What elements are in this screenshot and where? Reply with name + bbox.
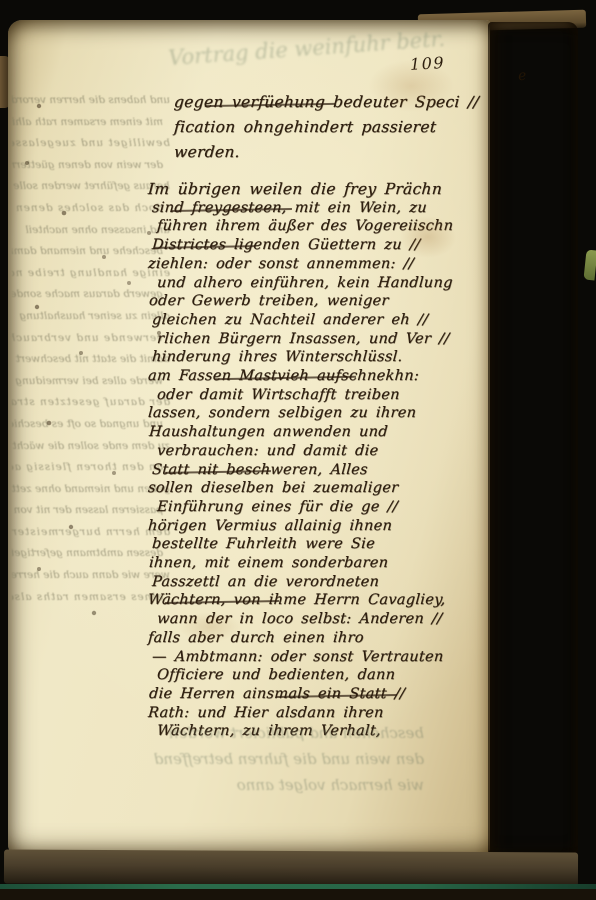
paper-stain — [178, 612, 242, 642]
text-line: hinderung ihres Winterschlüssl. — [151, 348, 484, 367]
text-line: Statt nit beschweren, Alles — [151, 461, 484, 480]
text-line: gleichen zu Nachteil anderer eh // — [151, 311, 484, 330]
text-line: — Ambtmann: oder sonst Vertrauten — [151, 648, 484, 667]
text-line: werden. — [173, 140, 485, 165]
table-surface — [0, 889, 596, 900]
text-line: rlichen Bürgern Insassen, und Ver // — [156, 330, 484, 349]
text-line: die Herren ainsmals ein Statt // — [148, 685, 484, 704]
showthrough-bottom: beschehen und publiciert wordenden wein … — [74, 720, 424, 798]
text-line: und alhero einführen, kein Handlung — [156, 274, 484, 293]
showthrough-line: passieren lassen der nit von — [12, 500, 163, 522]
text-line: bestellte Fuhrleith were Sie — [151, 535, 484, 554]
showthrough-line: were wie dann auch die herren — [12, 565, 170, 587]
showthrough-line: gewerb daraus mache sondern — [12, 284, 163, 306]
showthrough-line: der wein von denen güettern — [12, 155, 163, 177]
showthrough-line: wie hernach volget anno — [74, 772, 424, 798]
book-fore-edge: e — [488, 22, 578, 860]
ink-specks — [8, 20, 10, 22]
text-line: oder Gewerb treiben, weniger — [148, 292, 484, 311]
text-line: Passzettl an die verordneten — [151, 573, 484, 592]
showthrough-line: damit die statt nit beschwert — [12, 349, 170, 371]
text-line: am Fassen Mastvieh aufschnekhn: — [147, 367, 484, 386]
text-line: ihnen, mit einem sonderbaren — [148, 554, 484, 573]
showthrough-line: beschehen und publiciert worden — [74, 720, 424, 746]
showthrough-line: allein zu seiner haushaltung — [12, 306, 170, 328]
text-line: Im übrigen weilen die frey Prächn — [147, 180, 484, 199]
showthrough-line: dem herrn burgermeister oder — [12, 522, 170, 544]
manuscript-page: Vortrag die weinfuhr betr. 109 und haben… — [8, 20, 490, 854]
manuscript-photo: Vortrag die weinfuhr betr. 109 und haben… — [0, 0, 596, 900]
showthrough-line: geben und niemand ohne zettl — [12, 479, 170, 501]
showthrough-line: werde alles bei vermeidung — [12, 371, 163, 393]
text-line: sind freygesteen, mit ein Wein, zu — [151, 199, 484, 218]
text-block: gegen verfüehung bedeuter Speci //ficati… — [148, 90, 484, 741]
showthrough-line: und habens die herren verordneten — [12, 90, 170, 112]
text-line: Wächtern, von ihme Herrn Cavagliey, — [147, 591, 484, 610]
text-line: sollen dieselben bei zuemaliger — [147, 479, 484, 498]
fore-edge-mark: e — [517, 68, 527, 85]
showthrough-line: an den thoren fleissig acht — [12, 457, 163, 479]
paper-stain — [400, 216, 456, 258]
showthrough-line: den wein und die fuhren betreffend — [74, 746, 424, 772]
text-line: lassen, sondern selbigen zu ihren — [147, 404, 484, 423]
showthrough-line: dessen ambtmann gefertiget — [12, 543, 163, 565]
showthrough-line: bewilliget und zuegelassen das — [12, 133, 170, 155]
showthrough-line: zu dem ende sollen die wächter — [12, 436, 170, 458]
text-line: Einführung eines für die ge // — [156, 498, 484, 517]
text-line: fication ohngehindert passieret — [173, 115, 485, 140]
showthrough-line: heraus geführet werden solle — [12, 176, 170, 198]
text-line: ziehlen: oder sonst annemmen: // — [147, 255, 484, 274]
showthrough-line: doch das solches denen bürgern — [12, 198, 163, 220]
showthrough-text-column: und habens die herren verordnetenmit ein… — [12, 90, 170, 620]
text-line: hörigen Vermius allainig ihnen — [147, 517, 484, 536]
text-line: oder damit Wirtschafft treiben — [156, 386, 484, 405]
showthrough-line: und ungnad so oft es beschicht — [12, 414, 163, 436]
book-bottom-edge — [4, 849, 578, 886]
paper-stain — [368, 60, 454, 112]
showthrough-line: der darauf gesetzten straff — [12, 392, 170, 414]
showthrough-line: mit einem ersamen rath alhie — [12, 112, 163, 134]
paragraph-2: Im übrigen weilen die frey Prächnsind fr… — [148, 180, 484, 741]
showthrough-line: und insassen ohne nachteil — [12, 220, 170, 242]
text-line: Officiere und bedienten, dann — [156, 666, 484, 685]
text-line: Haushaltungen anwenden und — [148, 423, 484, 442]
bookmark-ribbon — [583, 250, 596, 281]
showthrough-line: verwende und verbrauche — [12, 328, 163, 350]
showthrough-line: beschehe und niemand damit — [12, 241, 163, 263]
showthrough-line: eines ersamen raths alsdann — [12, 587, 163, 609]
text-line: verbrauchen: und damit die — [156, 442, 484, 461]
